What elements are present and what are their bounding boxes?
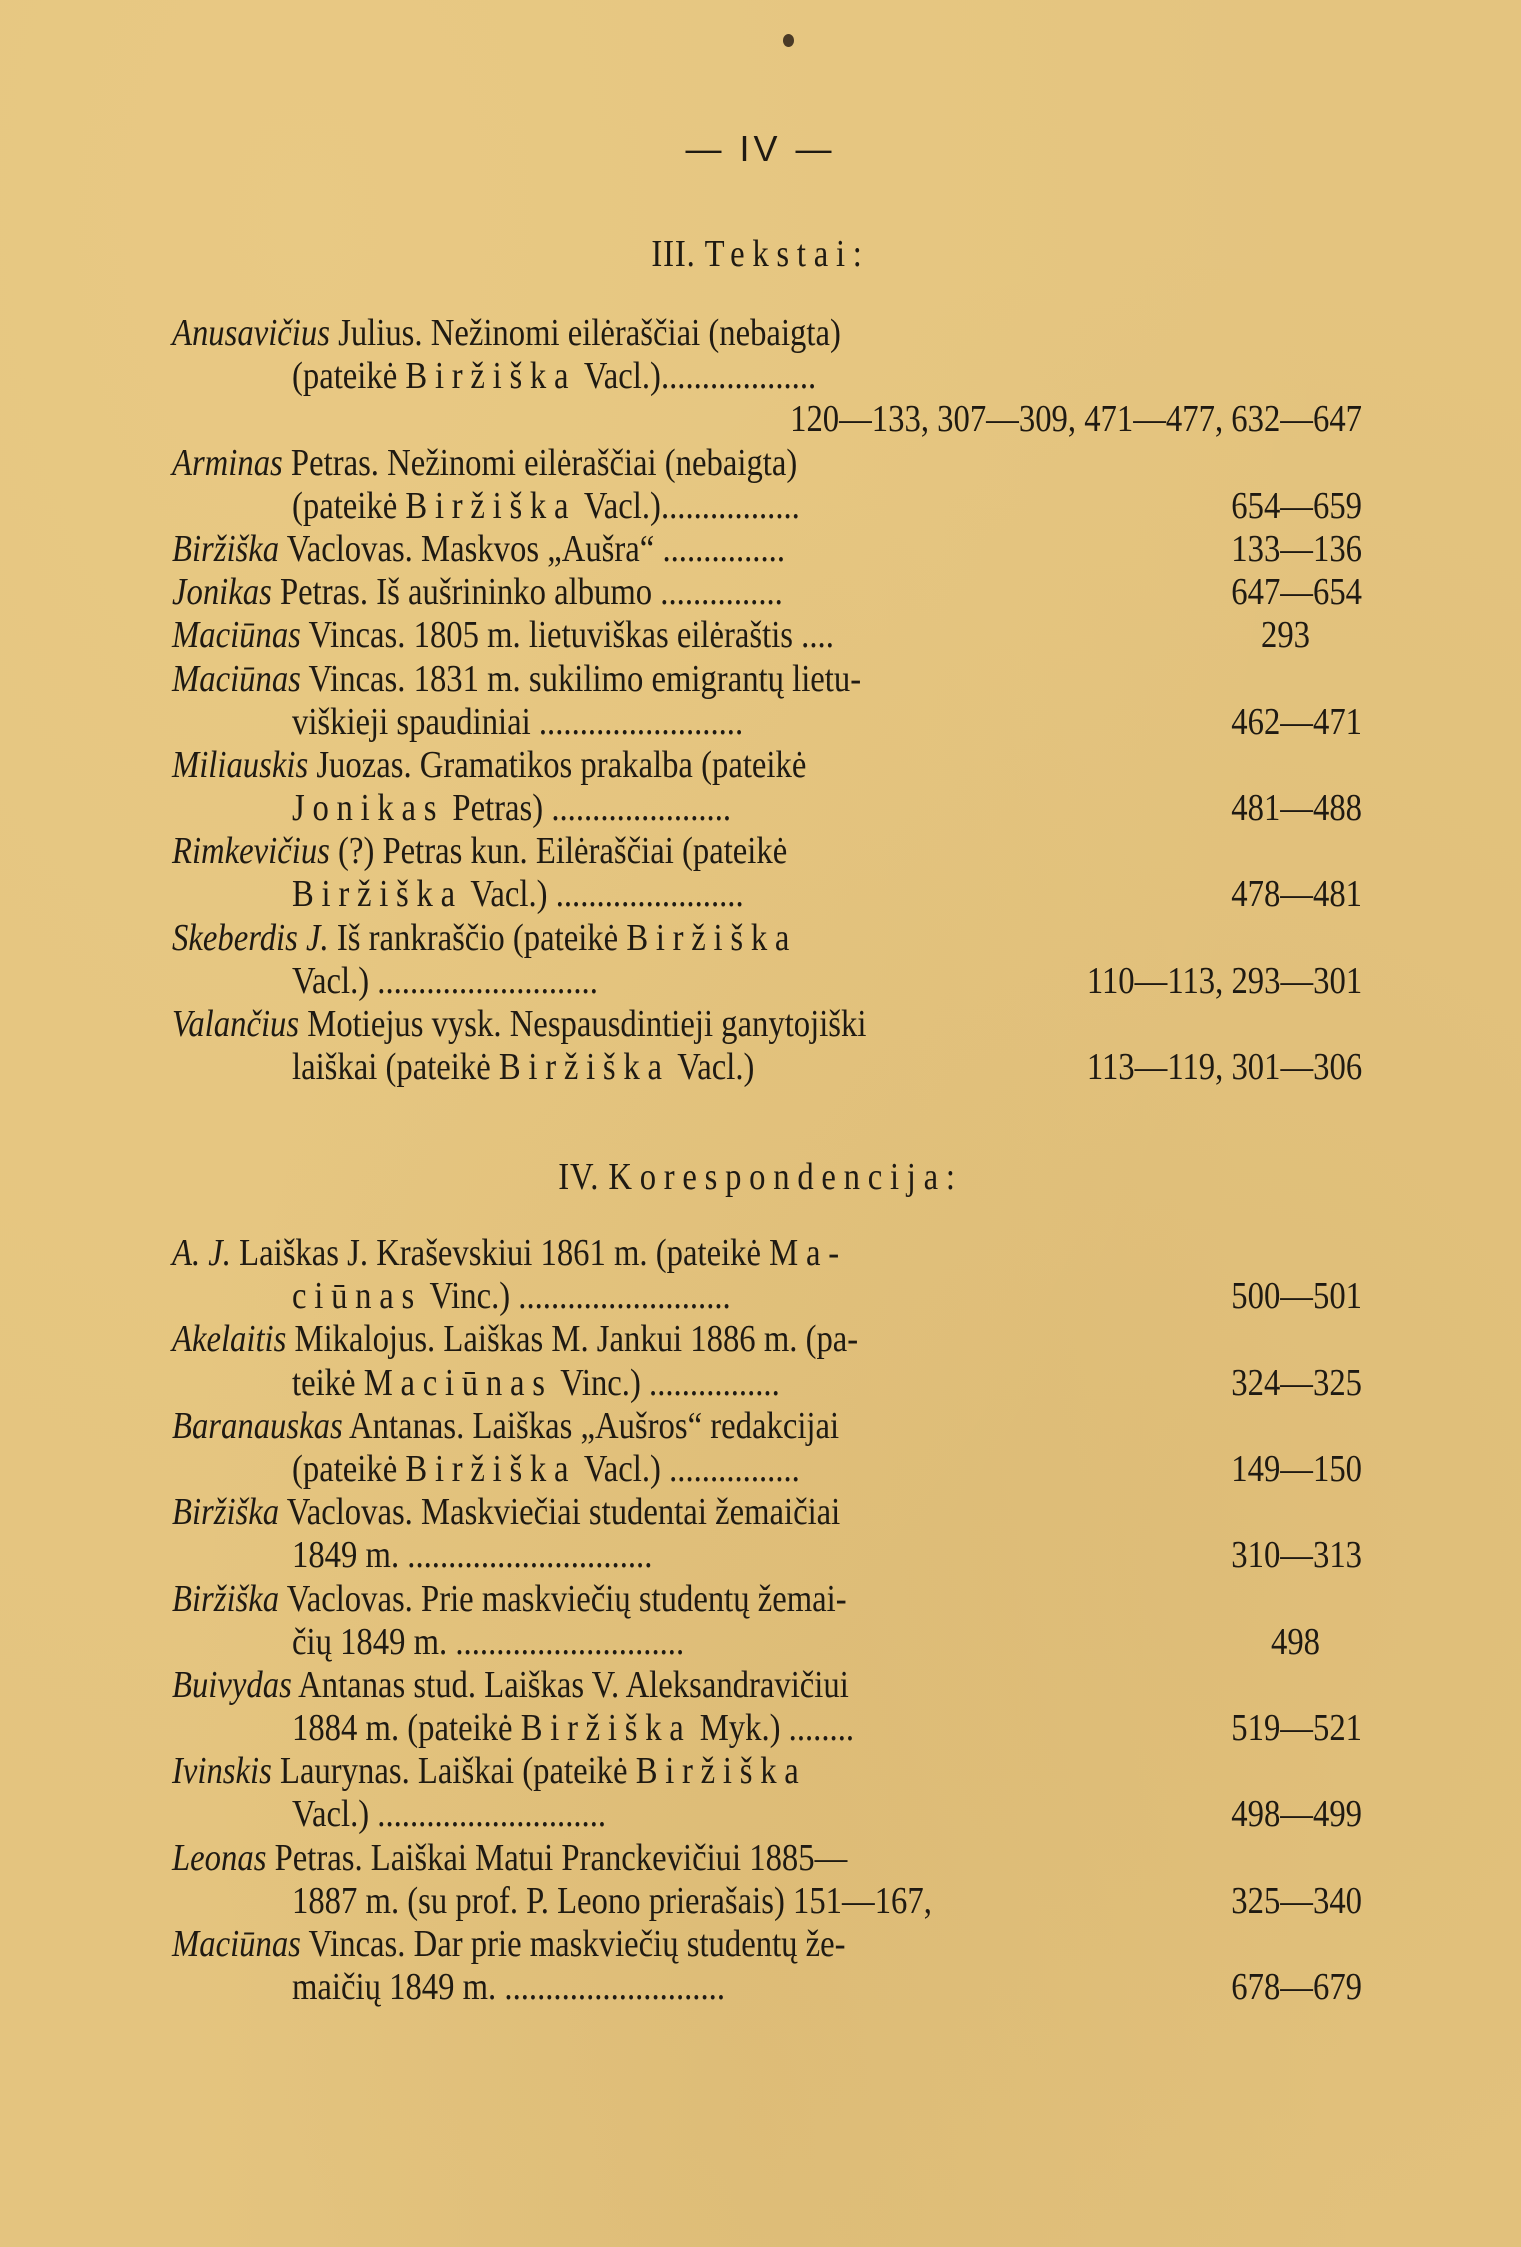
entry-text: čių 1849 m. [292, 1621, 447, 1663]
entry-text: Antanas. Laiškas „Aušros“ redakcijai [349, 1405, 839, 1447]
entry-contributor: Jonikas [292, 787, 444, 829]
index-entry: Miliauskis Juozas. Gramatikos prakalba (… [172, 744, 1362, 830]
index-entry: A. J. Laiškas J. Kraševskiui 1861 m. (pa… [172, 1232, 1362, 1318]
document-page: — IV — III. Tekstai: Anusavičius Julius.… [0, 0, 1521, 2247]
section-title: Korespondencija: [608, 1156, 962, 1198]
entry-text: Vinc.) [553, 1362, 641, 1404]
entry-author: Rimkevičius [172, 830, 330, 872]
entry-pages: 120—133, 307—309, 471—477, 632—647 [790, 398, 1362, 441]
entry-pages: 293 [1261, 614, 1310, 657]
section-heading-correspondence: IV. Korespondencija: [106, 1155, 1414, 1199]
entry-text: Iš rankraščio (pateikė [337, 917, 626, 959]
entry-contributor: Biržiška [405, 355, 576, 397]
entry-text: Petras. Iš aušrininko albumo [280, 571, 652, 613]
entry-author: Anusavičius [172, 312, 330, 354]
entry-text: Vincas. 1831 m. sukilimo emigrantų lietu… [308, 658, 861, 700]
entry-author: A. J. [172, 1232, 231, 1274]
entry-text: teikė [292, 1362, 364, 1404]
entry-pages: 498 [1271, 1621, 1320, 1664]
index-entry: Rimkevičius (?) Petras kun. Eilėraščiai … [172, 830, 1362, 916]
entry-text: laiškai (pateikė [292, 1046, 499, 1088]
entry-text: Petras) [444, 787, 543, 829]
entry-text: Vacl.) [576, 485, 661, 527]
entry-text: Vinc.) [422, 1275, 510, 1317]
entry-text: Vincas. 1805 m. lietuviškas eilėraštis [308, 614, 793, 656]
entry-text: Vacl.) [670, 1046, 755, 1088]
entry-pages: 678—679 [1231, 1966, 1362, 2009]
entry-pages: 481—488 [1231, 787, 1362, 830]
entry-contributor: Maciūnas [364, 1362, 553, 1404]
entry-contributor: ciūnas [292, 1275, 422, 1317]
index-entry: Jonikas Petras. Iš aušrininko albumo ...… [172, 571, 1362, 614]
entry-author: Baranauskas [172, 1405, 343, 1447]
entry-pages: 110—113, 293—301 [1087, 960, 1362, 1003]
index-entry: Maciūnas Vincas. 1805 m. lietuviškas eil… [172, 614, 1362, 657]
entry-author: Arminas [172, 442, 283, 484]
entry-text: Myk.) [692, 1707, 781, 1749]
index-entry: Skeberdis J. Iš rankraščio (pateikė Birž… [172, 917, 1362, 1003]
index-entry: Baranauskas Antanas. Laiškas „Aušros“ re… [172, 1405, 1362, 1491]
entry-text: (pateikė [292, 355, 405, 397]
entry-author: Biržiška [172, 1578, 279, 1620]
index-entry: Biržiška Vaclovas. Prie maskviečių stude… [172, 1578, 1362, 1664]
entry-author: Leonas [172, 1837, 266, 1879]
entry-pages: 647—654 [1231, 571, 1362, 614]
index-entry: Arminas Petras. Nežinomi eilėraščiai (ne… [172, 442, 1362, 528]
entry-contributor: Biržiška [636, 1750, 807, 1792]
entry-author: Skeberdis J. [172, 917, 329, 959]
entry-pages: 310—313 [1231, 1534, 1362, 1577]
entry-contributor: Biržiška [499, 1046, 670, 1088]
entry-contributor: Ma- [769, 1232, 847, 1274]
section-texts-entries: Anusavičius Julius. Nežinomi eilėraščiai… [172, 312, 1362, 1089]
entry-contributor: Biržiška [405, 485, 576, 527]
entry-text: Vaclovas. Prie maskviečių studentų žemai… [287, 1578, 847, 1620]
entry-pages: 654—659 [1231, 485, 1362, 528]
section-title: Tekstai: [705, 233, 870, 275]
entry-text: Julius. Nežinomi eilėraščiai (nebaigta) [338, 312, 841, 354]
entry-text: 1849 m. [292, 1534, 399, 1576]
index-entry: Ivinskis Laurynas. Laiškai (pateikė Birž… [172, 1750, 1362, 1836]
entry-pages: 324—325 [1231, 1362, 1362, 1405]
entry-author: Maciūnas [172, 658, 301, 700]
entry-text: Petras. Laiškai Matui Pranckevičiui 1885… [275, 1837, 848, 1879]
entry-pages: 113—119, 301—306 [1087, 1046, 1362, 1089]
index-entry: Biržiška Vaclovas. Maskviečiai studentai… [172, 1491, 1362, 1577]
entry-author: Ivinskis [172, 1750, 272, 1792]
entry-contributor: Biržiška [405, 1448, 576, 1490]
entry-text: Petras. Nežinomi eilėraščiai (nebaigta) [291, 442, 797, 484]
entry-author: Miliauskis [172, 744, 308, 786]
index-entry: Maciūnas Vincas. Dar prie maskviečių stu… [172, 1923, 1362, 2009]
paper-speck [783, 34, 794, 47]
entry-contributor: Biržiška [626, 917, 797, 959]
section-number: III. [651, 233, 695, 275]
entry-text: Vacl.) [576, 355, 661, 397]
entry-pages: 519—521 [1231, 1707, 1362, 1750]
section-number: IV. [558, 1156, 599, 1198]
entry-text: Mikalojus. Laiškas M. Jankui 1886 m. (pa… [295, 1318, 859, 1360]
entry-pages: 498—499 [1231, 1793, 1362, 1836]
entry-author: Buivydas [172, 1664, 292, 1706]
index-entry: Akelaitis Mikalojus. Laiškas M. Jankui 1… [172, 1318, 1362, 1404]
entry-text: 1884 m. (pateikė [292, 1707, 521, 1749]
entry-text: 1887 m. (su prof. P. Leono prierašais) 1… [292, 1880, 932, 1922]
section-heading-texts: III. Tekstai: [106, 232, 1414, 276]
entry-text: Vacl.) [292, 960, 369, 1002]
index-entry: Leonas Petras. Laiškai Matui Pranckeviči… [172, 1837, 1362, 1923]
entry-author: Maciūnas [172, 614, 301, 656]
entry-text: Vacl.) [576, 1448, 661, 1490]
entry-text: Vacl.) [463, 873, 548, 915]
entry-text: (pateikė [292, 1448, 405, 1490]
entry-text: Laurynas. Laiškai (pateikė [280, 1750, 636, 1792]
index-entry: Biržiška Vaclovas. Maskvos „Aušra“ .....… [172, 528, 1362, 571]
entry-text: Vaclovas. Maskvos „Aušra“ [287, 528, 655, 570]
entry-pages: 149—150 [1231, 1448, 1362, 1491]
entry-contributor: Biržiška [521, 1707, 692, 1749]
entry-text: (?) Petras kun. Eilėraščiai (pateikė [338, 830, 787, 872]
entry-text: (pateikė [292, 485, 405, 527]
entry-pages: 478—481 [1231, 873, 1362, 916]
entry-text: maičių 1849 m. [292, 1966, 496, 2008]
entry-pages: 500—501 [1231, 1275, 1362, 1318]
entry-contributor: Biržiška [292, 873, 463, 915]
entry-pages: 325—340 [1231, 1880, 1362, 1923]
entry-text: Vacl.) [292, 1793, 369, 1835]
entry-text: viškieji spaudiniai [292, 701, 531, 743]
entry-text: Antanas stud. Laiškas V. Aleksandravičiu… [298, 1664, 849, 1706]
entry-author: Maciūnas [172, 1923, 301, 1965]
entry-author: Akelaitis [172, 1318, 286, 1360]
section-correspondence-entries: A. J. Laiškas J. Kraševskiui 1861 m. (pa… [172, 1232, 1362, 2009]
index-entry: Maciūnas Vincas. 1831 m. sukilimo emigra… [172, 658, 1362, 744]
entry-text: Juozas. Gramatikos prakalba (pateikė [316, 744, 806, 786]
entry-text: Laiškas J. Kraševskiui 1861 m. (pateikė [239, 1232, 769, 1274]
index-entry: Anusavičius Julius. Nežinomi eilėraščiai… [172, 312, 1362, 442]
entry-text: Motiejus vysk. Nespausdintieji ganytojiš… [307, 1003, 866, 1045]
entry-text: Vincas. Dar prie maskviečių studentų že- [308, 1923, 845, 1965]
entry-author: Jonikas [172, 571, 272, 613]
entry-pages: 462—471 [1231, 701, 1362, 744]
index-entry: Buivydas Antanas stud. Laiškas V. Aleksa… [172, 1664, 1362, 1750]
entry-author: Biržiška [172, 528, 279, 570]
entry-author: Valančius [172, 1003, 299, 1045]
entry-text: Vaclovas. Maskviečiai studentai žemaičia… [287, 1491, 841, 1533]
page-number: — IV — [0, 128, 1521, 170]
entry-author: Biržiška [172, 1491, 279, 1533]
entry-pages: 133—136 [1231, 528, 1362, 571]
index-entry: Valančius Motiejus vysk. Nespausdintieji… [172, 1003, 1362, 1089]
